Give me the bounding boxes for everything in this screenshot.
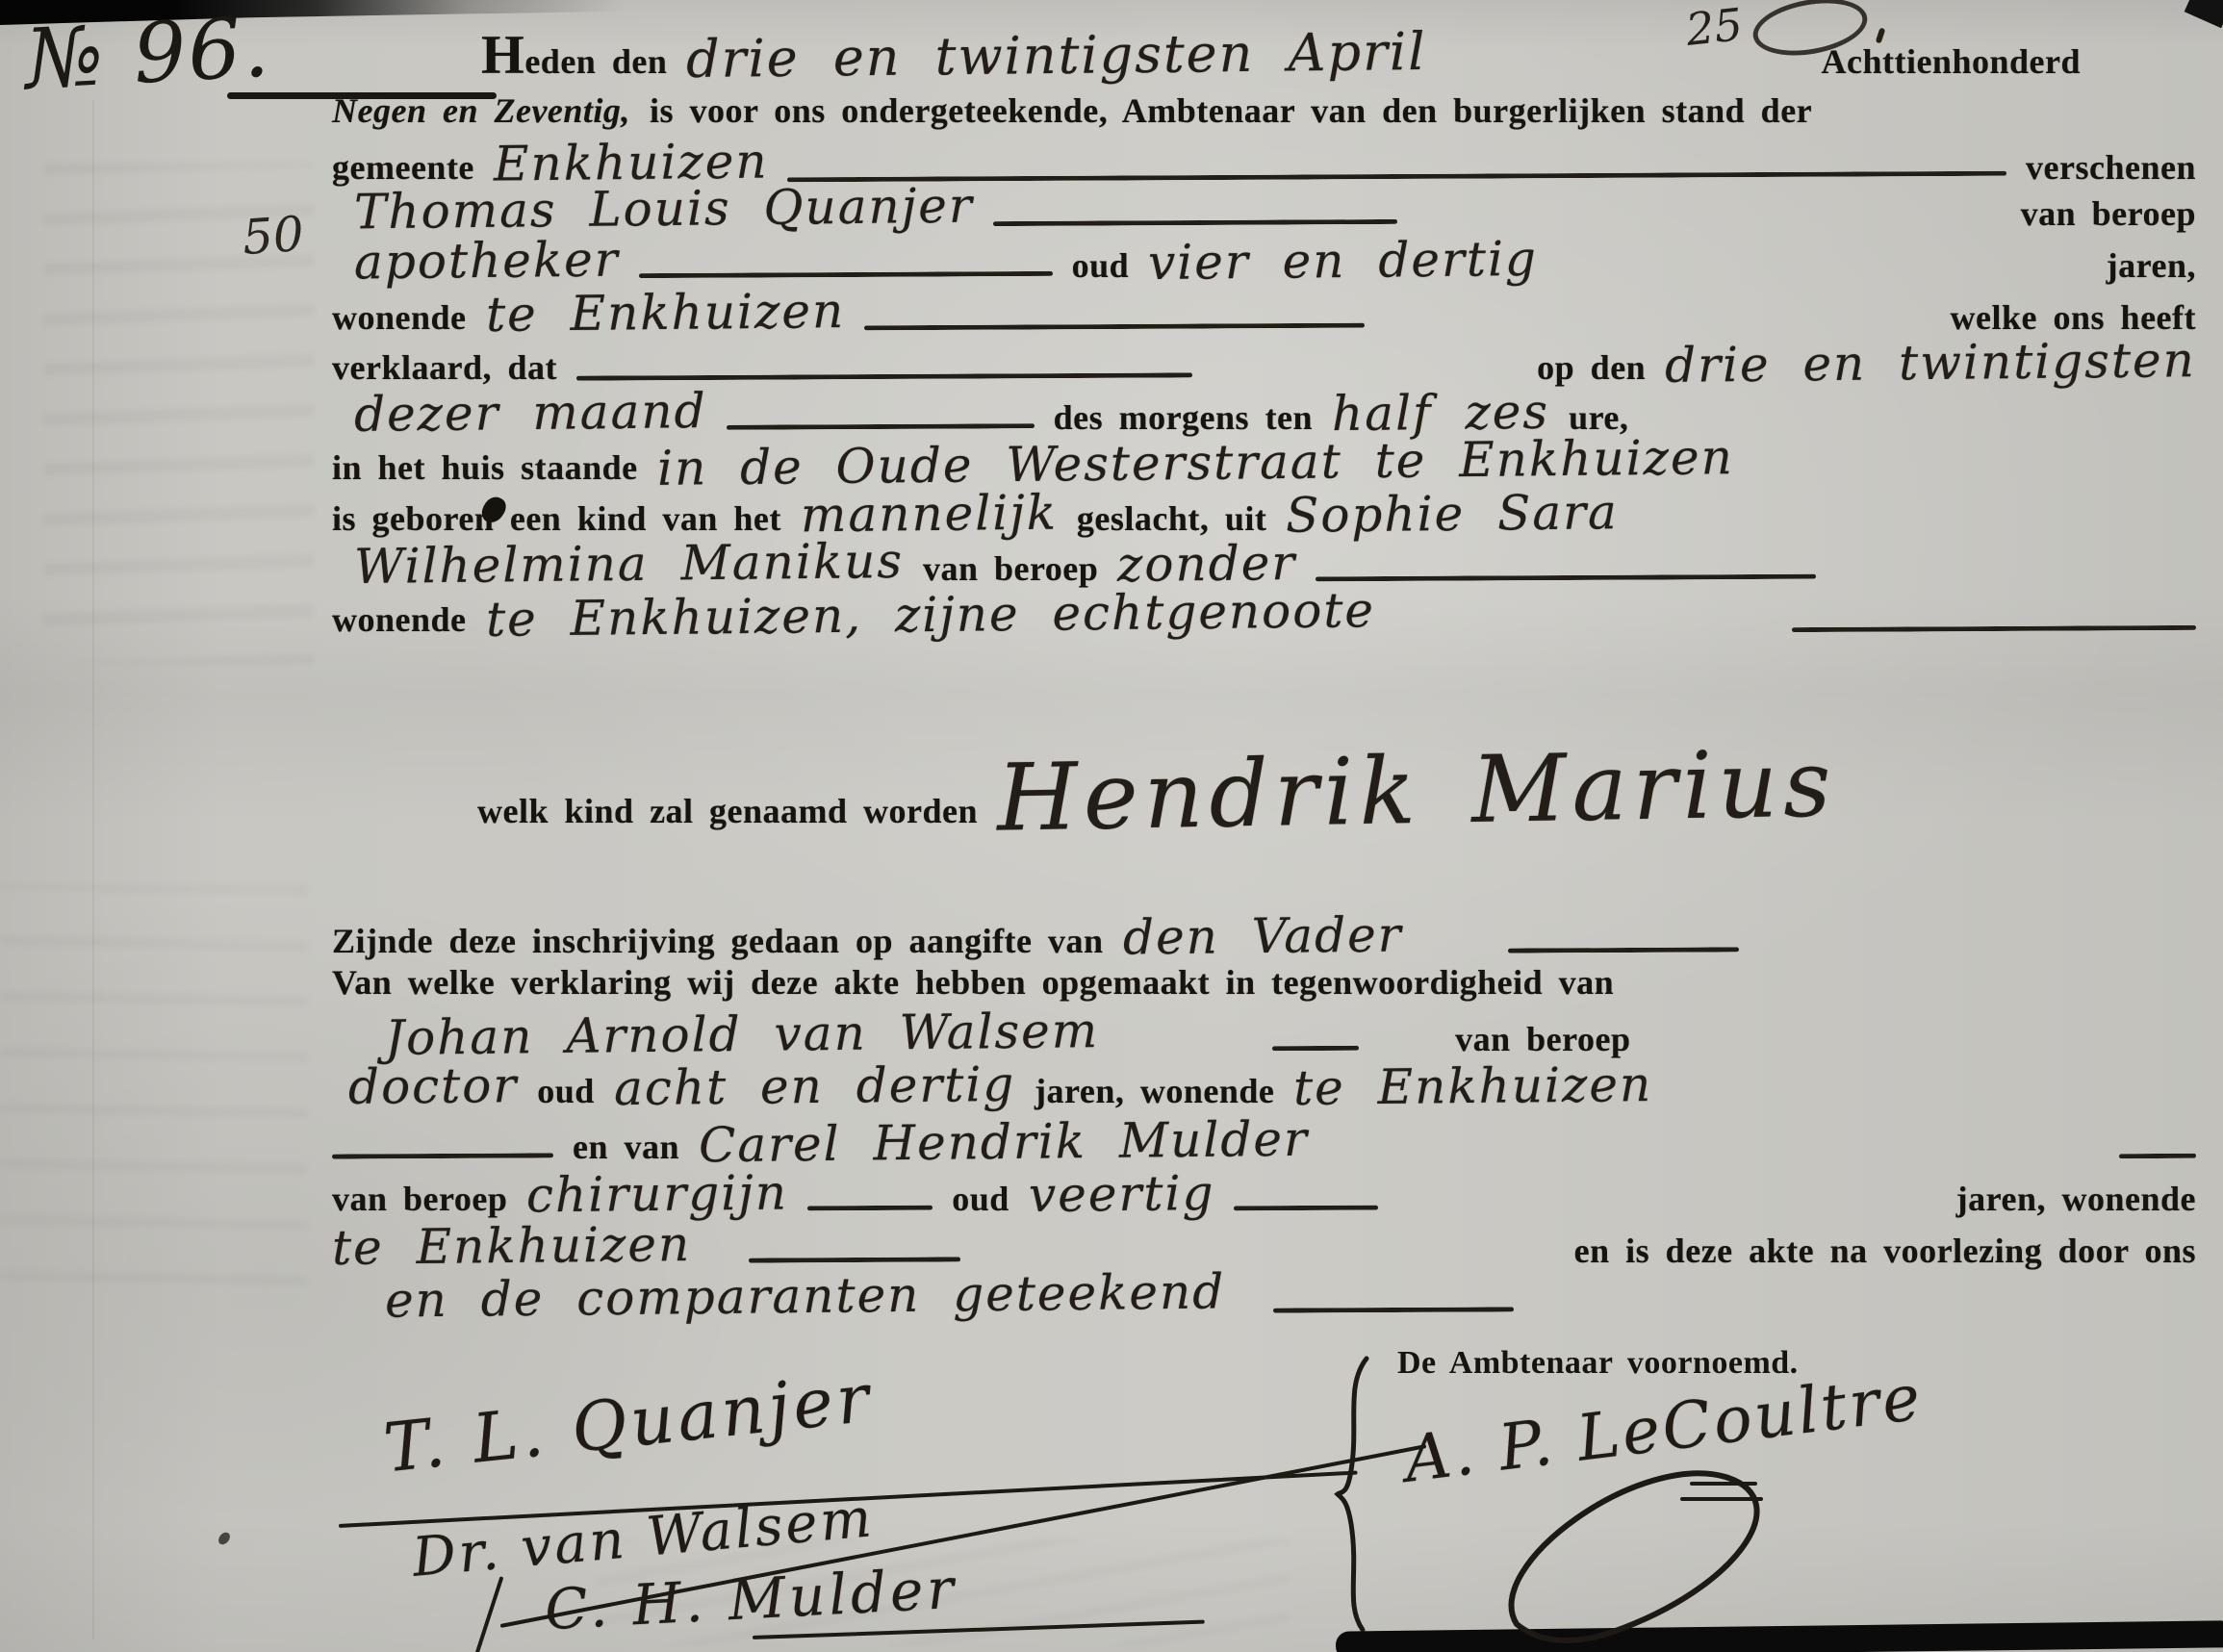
blank-line-rule <box>576 372 1192 380</box>
spacer <box>1384 328 1931 329</box>
document-line-l17: doctoroudacht en dertigjaren, wonendete … <box>348 1058 2196 1114</box>
handwritten-text: te Enkhuizen <box>485 283 845 343</box>
printed-text: van beroep <box>2021 193 2196 234</box>
signature-equals-dash-2 <box>1680 1497 1763 1501</box>
spacer <box>1212 378 1518 379</box>
document-line-l5: apothekeroudvier en dertigjaren, <box>354 233 2196 289</box>
printed-text: wonende <box>332 297 467 338</box>
document-line-l20: te Enkhuizenen is deze akte na voorlezin… <box>332 1218 2196 1274</box>
signature-father-quanjer: T. L. Quanjer <box>380 1359 877 1488</box>
printed-text: en is deze akte na voorlezing door ons <box>1574 1231 2196 1271</box>
document-line-l7: verklaard, datop dendrie en twintigsten <box>332 335 2196 391</box>
printed-text: geslacht, uit <box>1077 498 1267 539</box>
document-line-l10: is geboren een kind van hetmannelijkgesl… <box>332 486 2196 542</box>
printed-text: wonende <box>332 599 467 640</box>
printed-text: oud <box>952 1179 1009 1219</box>
handwritten-text: dezer maand <box>354 383 707 443</box>
signature-lead-flourish-mulder <box>473 1576 503 1652</box>
handwritten-text: te Enkhuizen, zijne echtgenoote <box>485 582 1375 648</box>
printed-text: van beroep <box>332 1179 507 1219</box>
spacer <box>1244 1311 1254 1312</box>
blank-line-rule <box>807 1206 933 1211</box>
handwritten-text: vier en dertig <box>1148 231 1538 291</box>
handwritten-text: acht en dertig <box>613 1056 1015 1116</box>
document-line-l1: Heden dendrie en twintigsten AprilAchtti… <box>481 25 2081 86</box>
printed-text: Heden den <box>481 37 667 82</box>
blank-line-rule <box>1792 625 2196 632</box>
printed-text: oud <box>1072 245 1130 286</box>
document-line-l6: wonendete Enkhuizenwelke ons heeft <box>332 285 2196 341</box>
handwritten-text: en de comparanten geteekend <box>385 1263 1226 1328</box>
handwritten-text: doctor <box>348 1057 519 1115</box>
handwritten-text: Thomas Louis Quanjer <box>354 178 974 241</box>
document-line-l9: in het huis staandein de Oude Westerstra… <box>332 435 2196 491</box>
printed-text: des morgens ten <box>1054 397 1313 438</box>
document-line-l21: en de comparanten geteekend <box>385 1268 2196 1324</box>
spacer <box>1118 1050 1253 1051</box>
ink-speck <box>217 1530 233 1546</box>
blank-line-rule <box>1234 1206 1378 1211</box>
handwritten-text: Hendrik Marius <box>996 729 1837 851</box>
handwritten-text: Sophie Sara <box>1286 484 1619 544</box>
printed-text: van beroep <box>923 548 1098 589</box>
document-line-l15: Van welke verklaring wij deze akte hebbe… <box>332 962 2196 1003</box>
printed-text: jaren, wonende <box>1035 1071 1274 1111</box>
blank-line-rule <box>749 1257 960 1262</box>
printed-text: oud <box>537 1071 595 1111</box>
document-line-l19: van beroepchirurgijnoudveertigjaren, won… <box>332 1166 2196 1222</box>
spacer <box>1446 72 1802 73</box>
blank-line-rule <box>639 271 1053 278</box>
handwritten-text: apotheker <box>354 232 620 291</box>
spacer <box>1835 579 2196 580</box>
signature-equals-dash-1 <box>1690 1482 1757 1486</box>
document-line-l8: dezer maanddes morgens tenhalf zesure, <box>354 385 2196 441</box>
signature-brace <box>1334 1355 1372 1634</box>
blank-line-rule <box>1272 1046 1359 1051</box>
printed-text: en van <box>573 1127 679 1167</box>
spacer <box>1394 630 1773 631</box>
handwritten-text: Wilhelmina Manikus <box>354 533 905 595</box>
printed-text: in het huis staande <box>332 447 638 488</box>
printed-text: is voor ons ondergeteekende, Ambtenaar v… <box>650 90 1812 131</box>
spacer <box>1649 1050 2196 1051</box>
birth-certificate-scan: № 96. 50 25 Heden dendrie en twintigsten… <box>0 0 2223 1652</box>
printed-text: is geboren een kind van het <box>332 498 781 539</box>
scan-artifact-top-right-wedge <box>2185 0 2223 28</box>
blank-line-rule <box>332 1153 553 1158</box>
blank-line-rule <box>2119 1154 2196 1158</box>
printed-text: jaren, wonende <box>1956 1179 2196 1219</box>
printed-text: Van welke verklaring wij deze akte hebbe… <box>332 962 1614 1003</box>
printed-text: op den <box>1537 347 1646 388</box>
printed-text: van beroep <box>1455 1019 1630 1059</box>
spacer <box>1758 952 2196 953</box>
document-line-l12: wonendete Enkhuizen, zijne echtgenoote <box>332 587 2196 643</box>
document-line-l13: welk kind zal genaamd wordenHendrik Mari… <box>477 737 2196 845</box>
spacer <box>1378 1050 1436 1051</box>
spacer <box>1533 1311 2196 1312</box>
printed-text: Achttienhonderd <box>1821 41 2081 82</box>
printed-text: Negen en Zeventig, <box>332 90 630 131</box>
margin-annotation: 50 <box>241 206 306 266</box>
blank-line-rule <box>727 423 1035 430</box>
handwritten-text: Carel Hendrik Mulder <box>699 1111 1309 1174</box>
printed-text: Zijnde deze inschrijving gedaan op aangi… <box>332 921 1104 961</box>
signature-flourish-loop-lecoultre <box>1497 1462 1815 1645</box>
document-line-l18: en vanCarel Hendrik Mulder <box>332 1114 2196 1170</box>
blank-line-rule <box>993 219 1397 226</box>
spacer <box>1328 1157 2100 1158</box>
official-label: De Ambtenaar voornoemd. <box>1397 1345 1799 1382</box>
handwritten-text: chirurgijn <box>526 1165 788 1224</box>
document-line-l16: Johan Arnold van Walsemvan beroep <box>385 1006 2196 1062</box>
handwritten-text: den Vader <box>1122 906 1402 965</box>
handwritten-text: veertig <box>1029 1165 1215 1223</box>
blank-line-rule <box>1508 947 1739 953</box>
spacer <box>1397 1209 1936 1210</box>
spacer <box>1417 224 2002 225</box>
handwritten-text: drie en twintigsten April <box>686 21 1427 89</box>
printed-text: welk kind zal genaamd worden <box>477 791 978 831</box>
blank-line-rule <box>864 323 1365 331</box>
document-line-l14: Zijnde deze inschrijving gedaan op aangi… <box>332 908 2196 964</box>
printed-text: jaren, <box>2107 245 2196 286</box>
document-line-l4: Thomas Louis Quanjervan beroep <box>354 181 2196 237</box>
blank-line-rule <box>1316 574 1816 582</box>
printed-text: verklaard, dat <box>332 347 557 388</box>
spacer <box>980 1261 1555 1262</box>
handwritten-text: te Enkhuizen <box>332 1216 692 1276</box>
spacer <box>1421 952 1489 953</box>
handwritten-text: te Enkhuizen <box>1293 1056 1653 1116</box>
blank-line-rule <box>1273 1307 1514 1312</box>
spacer <box>1557 276 2087 277</box>
spacer <box>710 1261 729 1262</box>
document-line-l2: Negen en Zeventig,is voor ons ondergetee… <box>332 90 2196 131</box>
ink-bleed-through-bottom-left <box>0 885 308 1299</box>
